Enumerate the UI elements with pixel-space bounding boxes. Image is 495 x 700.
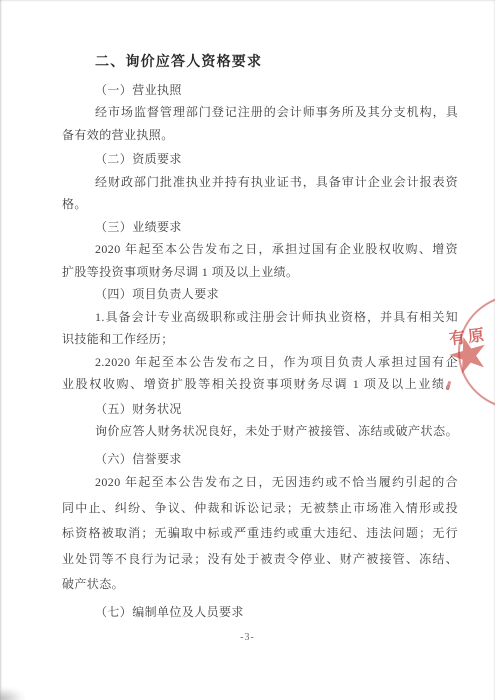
doc-line: 2.2020 年起至本公告发布之日，作为项目负责人承担过国有企 <box>62 351 458 374</box>
doc-line: （七）编制单位及人员要求 <box>62 601 458 624</box>
section-title: 二、询价应答人资格要求 <box>62 50 458 73</box>
doc-line: 2020 年起至本公告发布之日，承担过国有企业股权收购、增资 <box>62 238 458 261</box>
doc-line: 扩股等投资事项财务尽调 1 项及以上业绩。 <box>62 261 458 284</box>
doc-line: （四）项目负责人要求 <box>62 283 458 306</box>
doc-line: （三）业绩要求 <box>62 216 458 239</box>
paragraph: 2020 年起至本公告发布之日，承担过国有企业股权收购、增资 扩股等投资事项财务… <box>62 238 458 283</box>
doc-line: 识技能和工作经历； <box>62 328 458 351</box>
seal-text: 有原 <box>448 322 489 349</box>
scanned-document-page: 二、询价应答人资格要求 （一）营业执照 经市场监督管理部门登记注册的会计师事务所… <box>0 0 495 700</box>
doc-line: （一）营业执照 <box>62 79 458 102</box>
doc-line: 询价应答人财务状况良好，未处于财产被接管、冻结或破产状态。 <box>62 420 458 443</box>
doc-line: 业处罚等不良行为记录；没有处于被责令停业、财产被接管、冻结、 <box>62 547 458 573</box>
paragraph: 2020 年起至本公告发布之日，无因违约或不恰当履约引起的合 同中止、纠纷、争议… <box>62 470 458 598</box>
paragraph: 经市场监督管理部门登记注册的会计师事务所及其分支机构，具 备有效的营业执照。 <box>62 101 458 146</box>
subheading-3: （三）业绩要求 <box>62 216 458 239</box>
doc-line: 1.具备会计专业高级职称或注册会计师执业资格，并具有相关知 <box>62 306 458 329</box>
subheading-5: （五）财务状况 <box>62 398 458 421</box>
paragraph: 询价应答人财务状况良好，未处于财产被接管、冻结或破产状态。 <box>62 420 458 443</box>
subheading-6: （六）信誉要求 <box>62 448 458 471</box>
doc-line: 经市场监督管理部门登记注册的会计师事务所及其分支机构，具 <box>62 101 458 124</box>
scan-corner-smudge <box>0 686 26 700</box>
doc-line: 业股权收购、增资扩股等相关投资事项财务尽调 1 项及以上业绩。 <box>62 373 458 396</box>
doc-line: 2020 年起至本公告发布之日，无因违约或不恰当履约引起的合 <box>62 470 458 496</box>
page-number: -3- <box>0 632 495 643</box>
doc-line: （二）资质要求 <box>62 148 458 171</box>
doc-line: （六）信誉要求 <box>62 448 458 471</box>
subheading-2: （二）资质要求 <box>62 148 458 171</box>
scan-edge-shadow-left <box>0 0 3 700</box>
doc-line: 格。 <box>62 193 458 216</box>
doc-line: 经财政部门批准执业并持有执业证书，具备审计企业会计报表资 <box>62 171 458 194</box>
doc-line: 二、询价应答人资格要求 <box>62 50 458 73</box>
doc-line: 备有效的营业执照。 <box>62 124 458 147</box>
doc-line: 同中止、纠纷、争议、仲裁和诉讼记录；无被禁止市场准入情形或投 <box>62 496 458 522</box>
subheading-7: （七）编制单位及人员要求 <box>62 601 458 624</box>
document-body: 二、询价应答人资格要求 （一）营业执照 经市场监督管理部门登记注册的会计师事务所… <box>62 50 458 623</box>
paragraph: 2.2020 年起至本公告发布之日，作为项目负责人承担过国有企 业股权收购、增资… <box>62 351 458 396</box>
doc-line: （五）财务状况 <box>62 398 458 421</box>
paragraph: 1.具备会计专业高级职称或注册会计师执业资格，并具有相关知 识技能和工作经历； <box>62 306 458 351</box>
subheading-1: （一）营业执照 <box>62 79 458 102</box>
scan-edge-shadow-top <box>0 0 495 2</box>
subheading-4: （四）项目负责人要求 <box>62 283 458 306</box>
doc-line: 标资格被取消；无骗取中标或严重违约或重大违纪、违法问题；无行 <box>62 521 458 547</box>
paragraph: 经财政部门批准执业并持有执业证书，具备审计企业会计报表资 格。 <box>62 171 458 216</box>
doc-line: 破产状态。 <box>62 572 458 598</box>
